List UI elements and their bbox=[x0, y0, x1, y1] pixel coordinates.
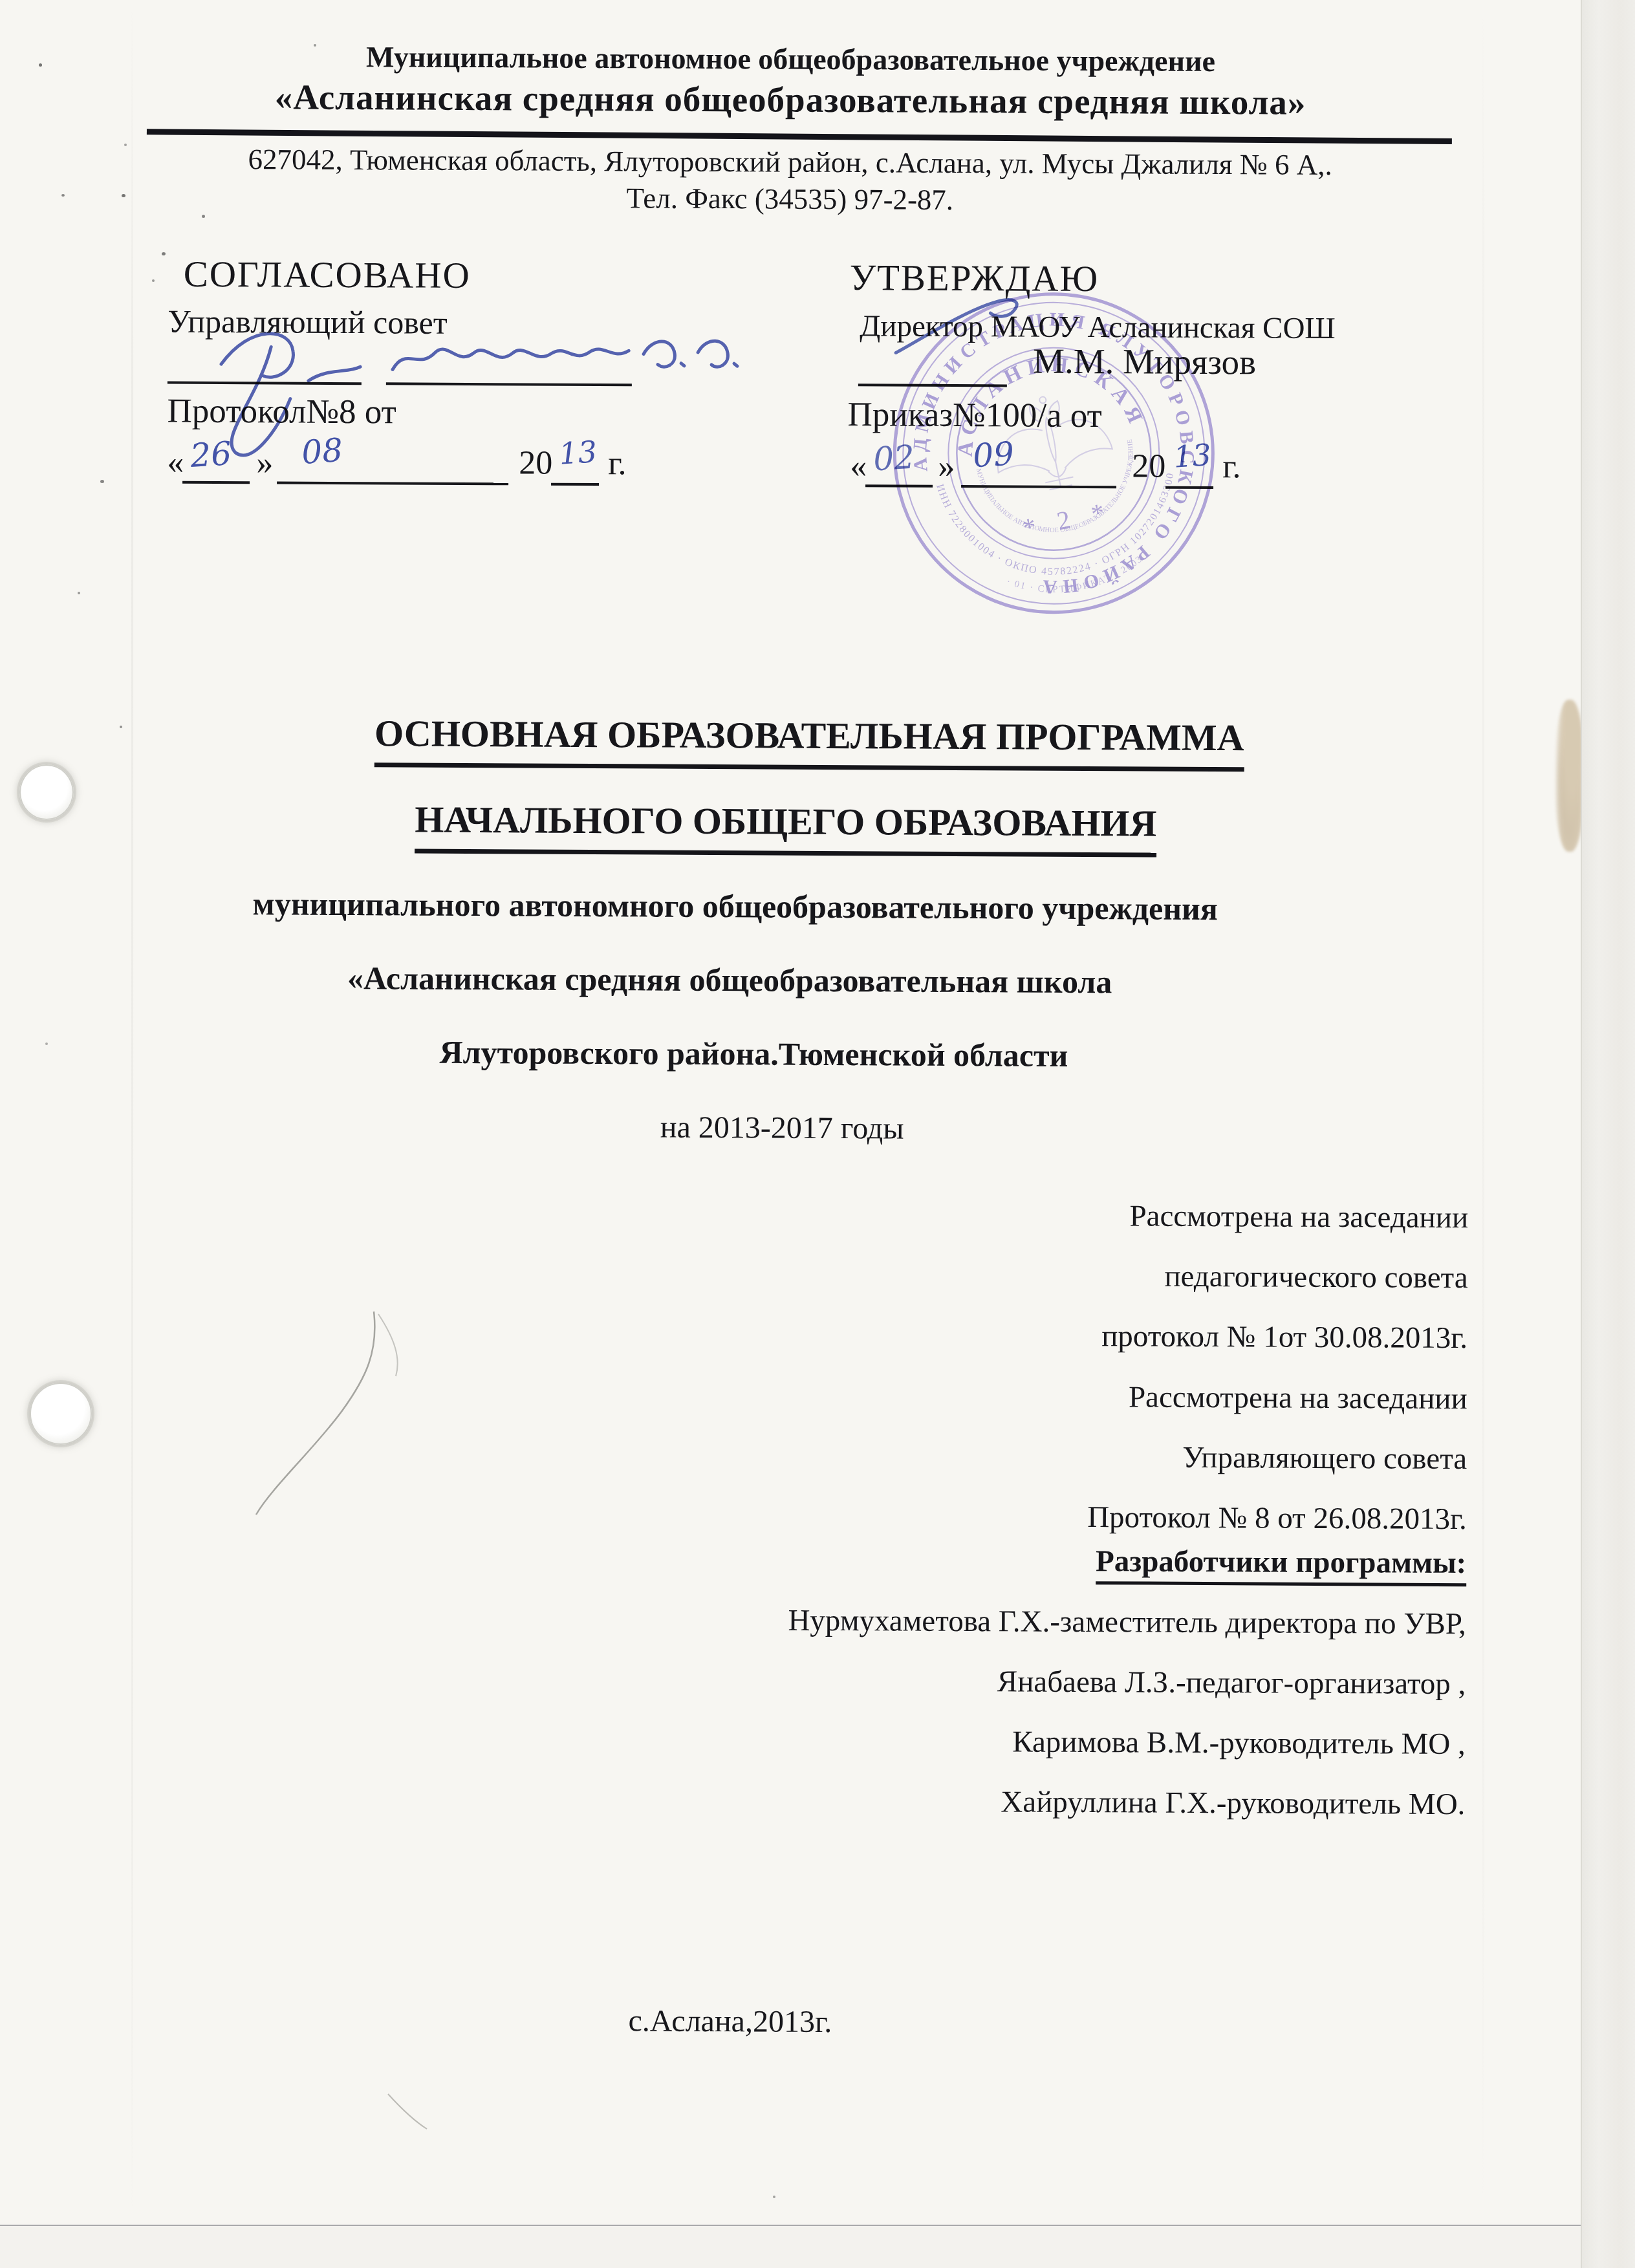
developer-line: Нурмухаметова Г.Х.-заместитель директора… bbox=[788, 1603, 1466, 1641]
footer-place-year: с.Аслана,2013г. bbox=[628, 2003, 832, 2040]
approved-date-year-suffix: г. bbox=[1222, 448, 1241, 486]
letterhead-address: 627042, Тюменская область, Ялуторовский … bbox=[0, 141, 1581, 183]
dust-speck bbox=[122, 194, 125, 197]
program-title-years: на 2013-2017 годы bbox=[660, 1110, 904, 1147]
dust-speck bbox=[314, 44, 316, 47]
dust-speck bbox=[124, 144, 127, 146]
dust-speck bbox=[39, 63, 42, 67]
review-line: Рассмотрена на заседании bbox=[1129, 1379, 1467, 1416]
hole-punch bbox=[19, 764, 74, 820]
dust-speck bbox=[152, 279, 155, 282]
paper-crease bbox=[131, 0, 133, 2225]
dust-speck bbox=[120, 726, 122, 728]
developer-line: Хайруллина Г.Х.-руководитель МО. bbox=[1001, 1784, 1465, 1822]
pencil-scratch-mark bbox=[382, 2089, 433, 2134]
agreed-signature-handwriting bbox=[159, 290, 794, 487]
program-title-line5: Ялуторовского района.Тюменской области bbox=[439, 1033, 1068, 1074]
program-title-line1: ОСНОВНАЯ ОБРАЗОВАТЕЛЬНАЯ ПРОГРАММА bbox=[374, 711, 1244, 772]
review-line: Управляющего совета bbox=[1182, 1440, 1467, 1476]
letterhead-line1: Муниципальное автономное общеобразовател… bbox=[0, 38, 1582, 80]
letterhead-rule bbox=[147, 129, 1452, 144]
developer-line: Янабаева Л.З.-педагог-организатор , bbox=[997, 1664, 1466, 1701]
hole-punch bbox=[30, 1383, 92, 1445]
dust-speck bbox=[202, 215, 205, 218]
dust-speck bbox=[45, 1042, 48, 1045]
scanned-document-page: Муниципальное автономное общеобразовател… bbox=[0, 0, 1635, 2268]
program-title-line2: НАЧАЛЬНОГО ОБЩЕГО ОБРАЗОВАНИЯ bbox=[415, 798, 1157, 858]
letterhead-line2: «Асланинская средняя общеобразовательная… bbox=[0, 75, 1581, 124]
dust-speck bbox=[773, 2196, 775, 2198]
dust-speck bbox=[78, 592, 80, 594]
review-line: протокол № 1от 30.08.2013г. bbox=[1101, 1319, 1467, 1355]
developer-line: Каримова В.М.-руководитель МО , bbox=[1012, 1724, 1466, 1762]
program-title-line4: «Асланинская средняя общеобразовательная… bbox=[347, 959, 1112, 1000]
approved-date-quote-open: « bbox=[850, 447, 867, 485]
scanner-background-strip bbox=[1581, 0, 1635, 2268]
stamp-center-number: * 2 * bbox=[1020, 496, 1114, 543]
approved-signature-handwriting bbox=[885, 279, 1054, 370]
paper-crease bbox=[1482, 0, 1484, 2225]
review-line: Протокол № 8 от 26.08.2013г. bbox=[1087, 1500, 1467, 1537]
review-line: педагогического совета bbox=[1164, 1259, 1467, 1295]
developers-title: Разработчики программы: bbox=[1096, 1544, 1466, 1586]
dust-speck bbox=[162, 252, 166, 255]
program-title-line3: муниципального автономного общеобразоват… bbox=[253, 885, 1218, 927]
letterhead-phone: Тел. Факс (34535) 97-2-87. bbox=[0, 178, 1581, 220]
review-line: Рассмотрена на заседании bbox=[1129, 1198, 1468, 1235]
scanner-bottom-strip bbox=[0, 2226, 1582, 2268]
dust-speck bbox=[61, 194, 65, 197]
pencil-scratch-mark bbox=[246, 1300, 427, 1526]
page-content: Муниципальное автономное общеобразовател… bbox=[0, 0, 1635, 2268]
stamp-eagle-emblem bbox=[985, 385, 1118, 499]
dust-speck bbox=[100, 480, 104, 483]
